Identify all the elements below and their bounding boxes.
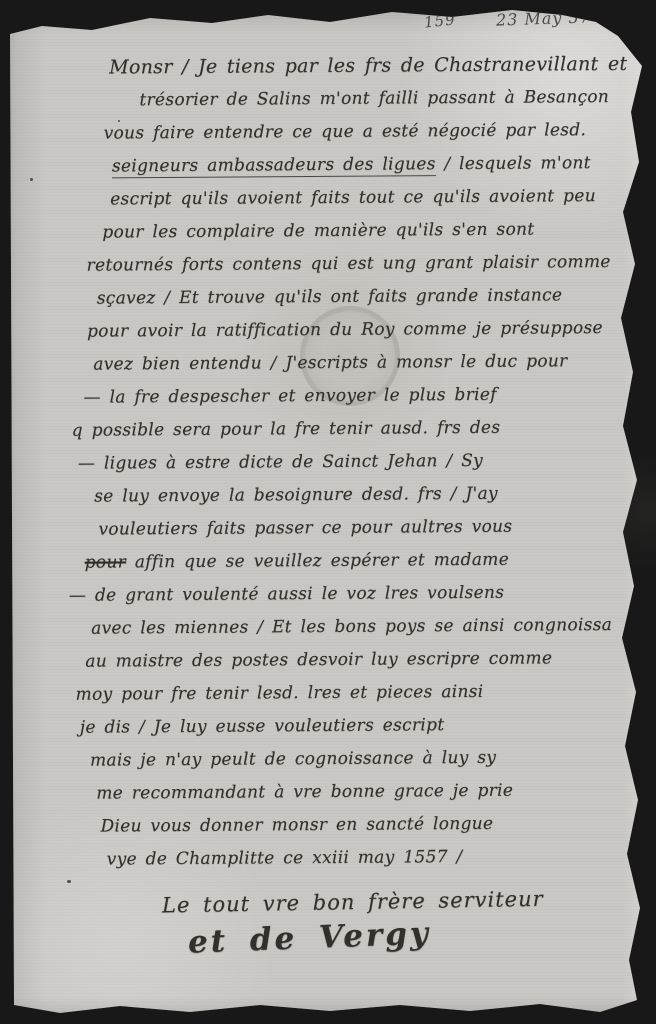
letter-body: Monsr / Je tiens par les frs de Chastran… — [0, 48, 633, 877]
manuscript-line: Dieu vous donner monsr en sancté longue — [100, 807, 632, 844]
line-text: sçavez / Et trouve qu'ils ont faits gran… — [97, 285, 563, 308]
line-text: se luy envoye la besoignure desd. frs / … — [94, 484, 498, 507]
manuscript-line: — la fre despescher et envoyer le plus b… — [83, 378, 629, 415]
line-text: avez bien entendu / J'escripts à monsr l… — [93, 351, 567, 374]
line-text: vouleutiers faits passer ce pour aultres… — [98, 517, 512, 540]
line-text: / lesquels m'ont — [436, 153, 591, 174]
manuscript-line: se luy envoye la besoignure desd. frs / … — [94, 477, 630, 514]
manuscript-line: trésorier de Salins m'ont failli passant… — [139, 81, 627, 117]
line-text: — ligues à estre dicte de Sainct Jehan /… — [78, 451, 483, 474]
manuscript-line: vouleutiers faits passer ce pour aultres… — [98, 510, 630, 547]
manuscript-line: avez bien entendu / J'escripts à monsr l… — [93, 345, 629, 382]
manuscript-line: q possible sera pour la fre tenir ausd. … — [72, 411, 630, 448]
page-content: 159 23 May 57 Monsr / Je tiens par les f… — [0, 0, 656, 1024]
line-text: moy pour fre tenir lesd. lres et pieces … — [76, 682, 484, 705]
manuscript-line: pour affin que se veuillez espérer et ma… — [85, 543, 631, 580]
manuscript-line: au maistre des postes desvoir luy escrip… — [85, 642, 631, 679]
line-text: q possible sera pour la fre tenir ausd. … — [72, 418, 501, 441]
date-annotation: 23 May 57 — [496, 7, 591, 29]
line-text: pour les complaire de manière qu'ils s'e… — [102, 219, 534, 242]
manuscript-line: avec les miennes / Et les bons poys se a… — [91, 609, 631, 646]
line-text: — de grant voulenté aussi le voz lres vo… — [69, 583, 504, 606]
closing-line: Le tout vre bon frère serviteur — [162, 887, 544, 918]
paper-speck — [30, 178, 33, 181]
line-text: Dieu vous donner monsr en sancté longue — [100, 814, 493, 837]
line-text: escript qu'ils avoient faits tout ce qu'… — [110, 186, 596, 209]
line-text: pour avoir la ratiffication du Roy comme… — [87, 318, 603, 342]
manuscript-line: vye de Champlitte ce xxiii may 1557 / — [107, 840, 633, 877]
manuscript-line: mais je n'ay peult de cognoissance à luy… — [90, 741, 632, 778]
manuscript-line: Monsr / Je tiens par les frs de Chastran… — [109, 48, 627, 85]
line-text: vous faire entendre ce que a esté négoci… — [104, 120, 587, 143]
line-text: — la fre despescher et envoyer le plus b… — [83, 385, 496, 408]
line-text: trésorier de Salins m'ont failli passant… — [139, 87, 609, 110]
manuscript-line: je dis / Je luy eusse vouleutiers escrip… — [80, 708, 632, 745]
line-text: retournés forts contens qui est ung gran… — [87, 252, 611, 276]
manuscript-line: pour avoir la ratiffication du Roy comme… — [87, 312, 629, 349]
manuscript-line: vous faire entendre ce que a esté négoci… — [104, 114, 628, 151]
paper-speck — [118, 120, 120, 122]
line-text: mais je n'ay peult de cognoissance à luy… — [90, 748, 496, 771]
line-text: me recommandant à vre bonne grace je pri… — [96, 781, 513, 804]
manuscript-line: — ligues à estre dicte de Sainct Jehan /… — [78, 444, 630, 481]
scan-background: 159 23 May 57 Monsr / Je tiens par les f… — [0, 0, 656, 1024]
manuscript-line: pour les complaire de manière qu'ils s'e… — [102, 213, 628, 250]
manuscript-page: 159 23 May 57 Monsr / Je tiens par les f… — [0, 0, 656, 1024]
manuscript-line: — de grant voulenté aussi le voz lres vo… — [69, 576, 631, 613]
line-text: au maistre des postes desvoir luy escrip… — [85, 648, 552, 671]
manuscript-line: escript qu'ils avoient faits tout ce qu'… — [110, 180, 628, 217]
manuscript-line: seigneurs ambassadeurs des ligues / lesq… — [112, 147, 628, 184]
signature: et de Vergy — [187, 915, 431, 960]
line-text: vye de Champlitte ce xxiii may 1557 / — [107, 847, 463, 869]
manuscript-line: retournés forts contens qui est ung gran… — [87, 246, 629, 283]
paper-speck — [67, 880, 71, 883]
manuscript-line: me recommandant à vre bonne grace je pri… — [96, 774, 632, 811]
line-text: affin que se veuillez espérer et madame — [126, 550, 509, 573]
line-text: je dis / Je luy eusse vouleutiers escrip… — [80, 715, 445, 738]
manuscript-line: moy pour fre tenir lesd. lres et pieces … — [76, 675, 632, 712]
manuscript-line: sçavez / Et trouve qu'ils ont faits gran… — [97, 279, 629, 316]
line-text: avec les miennes / Et les bons poys se a… — [91, 615, 612, 639]
line-text: Monsr / Je tiens par les frs de Chastran… — [109, 53, 627, 79]
underlined-phrase: seigneurs ambassadeurs des ligues — [112, 154, 436, 178]
folio-number: 159 — [423, 10, 456, 31]
struck-word: pour — [85, 552, 127, 572]
